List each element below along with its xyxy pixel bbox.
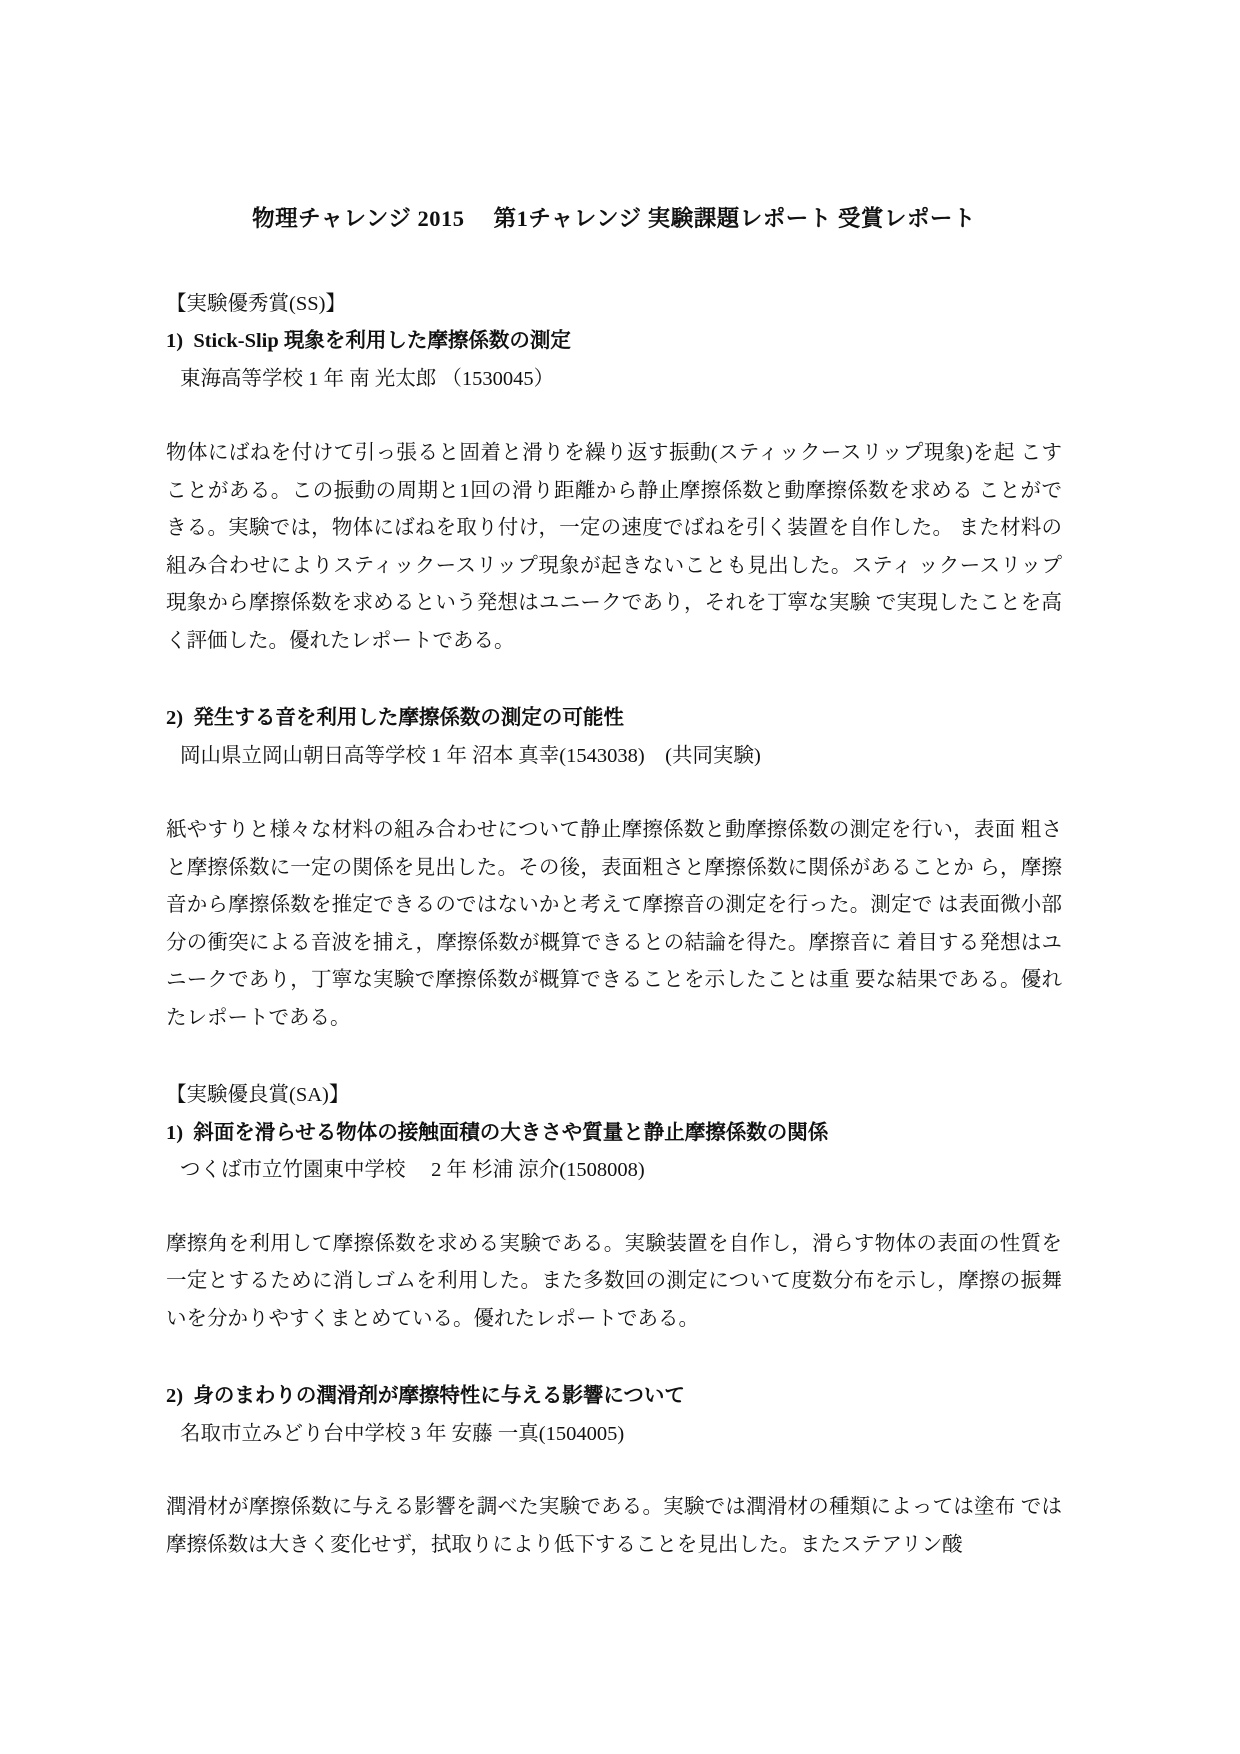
- report-entry: 2) 発生する音を利用した摩擦係数の測定の可能性 岡山県立岡山朝日高等学校 1 …: [166, 700, 1062, 1037]
- entry-abstract: 紙やすりと様々な材料の組み合わせについて静止摩擦係数と動摩擦係数の測定を行い，表…: [166, 812, 1062, 1037]
- entry-abstract: 物体にばねを付けて引っ張ると固着と滑りを繰り返す振動(スティックースリップ現象)…: [166, 435, 1062, 660]
- entry-number-title: 1) Stick-Slip 現象を利用した摩擦係数の測定: [166, 323, 1062, 361]
- entry-number-title: 1) 斜面を滑らせる物体の接触面積の大きさや質量と静止摩擦係数の関係: [166, 1115, 1062, 1153]
- section-heading-sa: 【実験優良賞(SA)】: [166, 1077, 1062, 1115]
- report-entry: 2) 身のまわりの潤滑剤が摩擦特性に与える影響について 名取市立みどり台中学校 …: [166, 1378, 1062, 1564]
- entry-abstract: 潤滑材が摩擦係数に与える影響を調べた実験である。実験では潤滑材の種類によっては塗…: [166, 1489, 1062, 1564]
- entry-author-line: つくば市立竹園東中学校 2 年 杉浦 涼介(1508008): [166, 1152, 1062, 1190]
- document-content: 物理チャレンジ 2015 第1チャレンジ 実験課題レポート 受賞レポート 【実験…: [0, 0, 1240, 1564]
- section-heading-ss: 【実験優秀賞(SS)】: [166, 286, 1062, 324]
- entry-author-line: 名取市立みどり台中学校 3 年 安藤 一真(1504005): [166, 1416, 1062, 1454]
- document-title: 物理チャレンジ 2015 第1チャレンジ 実験課題レポート 受賞レポート: [166, 200, 1062, 238]
- entry-number-title: 2) 身のまわりの潤滑剤が摩擦特性に与える影響について: [166, 1378, 1062, 1416]
- report-entry: 1) 斜面を滑らせる物体の接触面積の大きさや質量と静止摩擦係数の関係 つくば市立…: [166, 1115, 1062, 1339]
- report-entry: 1) Stick-Slip 現象を利用した摩擦係数の測定 東海高等学校 1 年 …: [166, 323, 1062, 660]
- entry-number-title: 2) 発生する音を利用した摩擦係数の測定の可能性: [166, 700, 1062, 738]
- entry-author-line: 東海高等学校 1 年 南 光太郎 （1530045）: [166, 361, 1062, 399]
- award-section-ss: 【実験優秀賞(SS)】 1) Stick-Slip 現象を利用した摩擦係数の測定…: [166, 286, 1062, 1038]
- award-section-sa: 【実験優良賞(SA)】 1) 斜面を滑らせる物体の接触面積の大きさや質量と静止摩…: [166, 1077, 1062, 1564]
- entry-author-line: 岡山県立岡山朝日高等学校 1 年 沼本 真幸(1543038) (共同実験): [166, 738, 1062, 776]
- entry-abstract: 摩擦角を利用して摩擦係数を求める実験である。実験装置を自作し，滑らす物体の表面の…: [166, 1226, 1062, 1339]
- document-page: 物理チャレンジ 2015 第1チャレンジ 実験課題レポート 受賞レポート 【実験…: [0, 0, 1240, 1754]
